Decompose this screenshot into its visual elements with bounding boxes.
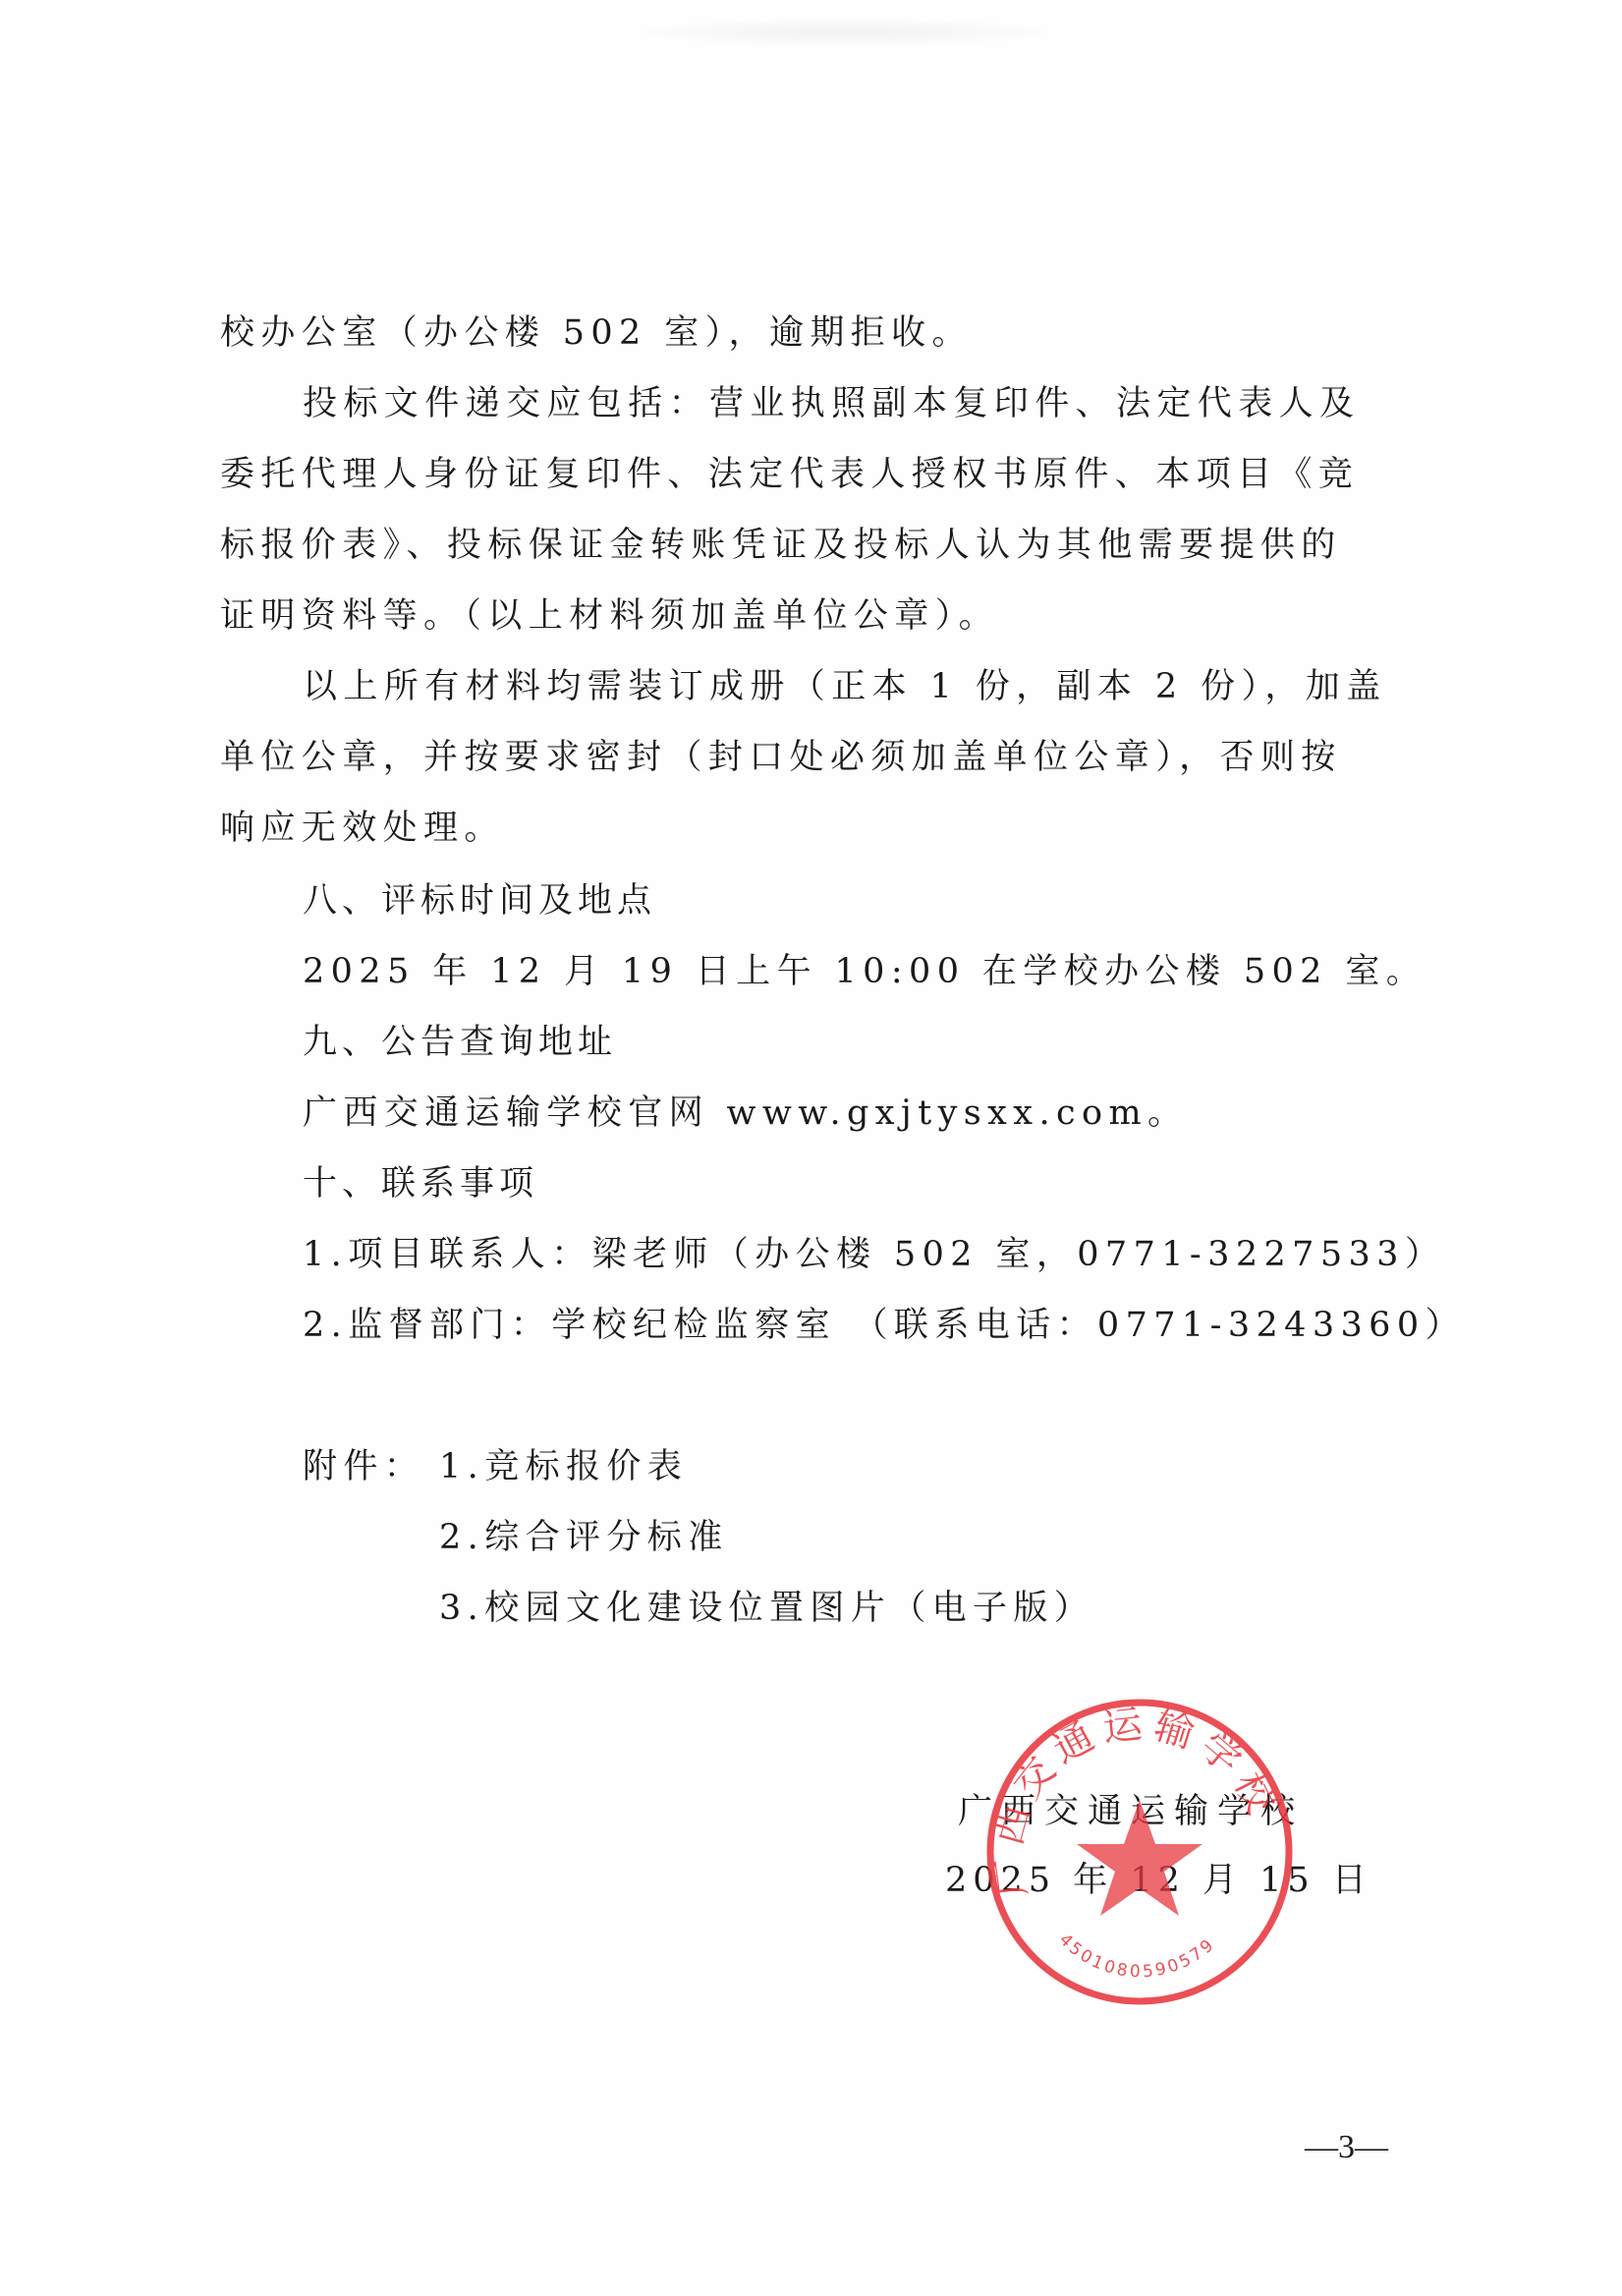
section-heading: 九、公告查询地址 xyxy=(303,1019,1521,1066)
contact-item: 2.监督部门：学校纪检监察室 （联系电话：0771-3243360） xyxy=(303,1302,1521,1349)
official-seal-icon: 广西交通运输学校 4501080590579 xyxy=(978,1692,1302,2016)
scan-artifact xyxy=(629,18,1061,47)
section-body: 广西交通运输学校官网 www.gxjtysxx.com。 xyxy=(303,1090,1521,1137)
paragraph-line: 响应无效处理。 xyxy=(220,805,1438,852)
section-heading: 八、评标时间及地点 xyxy=(303,877,1521,924)
paragraph-line: 校办公室（办公楼 502 室），逾期拒收。 xyxy=(220,309,1438,357)
paragraph-line: 单位公章，并按要求密封（封口处必须加盖单位公章），否则按 xyxy=(220,734,1438,781)
attachment-item: 3.校园文化建设位置图片（电子版） xyxy=(439,1585,1622,1632)
section-heading: 十、联系事项 xyxy=(303,1160,1521,1207)
document-page: 校办公室（办公楼 502 室），逾期拒收。 投标文件递交应包括：营业执照副本复印… xyxy=(0,0,1622,2296)
paragraph-line: 以上所有材料均需装订成册（正本 1 份，副本 2 份），加盖 xyxy=(303,663,1521,710)
paragraph-line: 标报价表》、投标保证金转账凭证及投标人认为其他需要提供的 xyxy=(220,522,1438,569)
section-body: 2025 年 12 月 19 日上午 10:00 在学校办公楼 502 室。 xyxy=(303,948,1521,995)
paragraph-line: 投标文件递交应包括：营业执照副本复印件、法定代表人及 xyxy=(303,380,1521,427)
paragraph-line: 证明资料等。（以上材料须加盖单位公章）。 xyxy=(220,592,1438,640)
page-number: —3— xyxy=(1305,2126,1388,2169)
attachment-item: 2.综合评分标准 xyxy=(439,1514,1622,1561)
paragraph-line: 委托代理人身份证复印件、法定代表人授权书原件、本项目《竞 xyxy=(220,451,1438,498)
svg-text:4501080590579: 4501080590579 xyxy=(1055,1930,1220,1982)
contact-item: 1.项目联系人：梁老师（办公楼 502 室，0771-3227533） xyxy=(303,1231,1521,1278)
attachment-item: 1.竞标报价表 xyxy=(439,1443,1622,1490)
